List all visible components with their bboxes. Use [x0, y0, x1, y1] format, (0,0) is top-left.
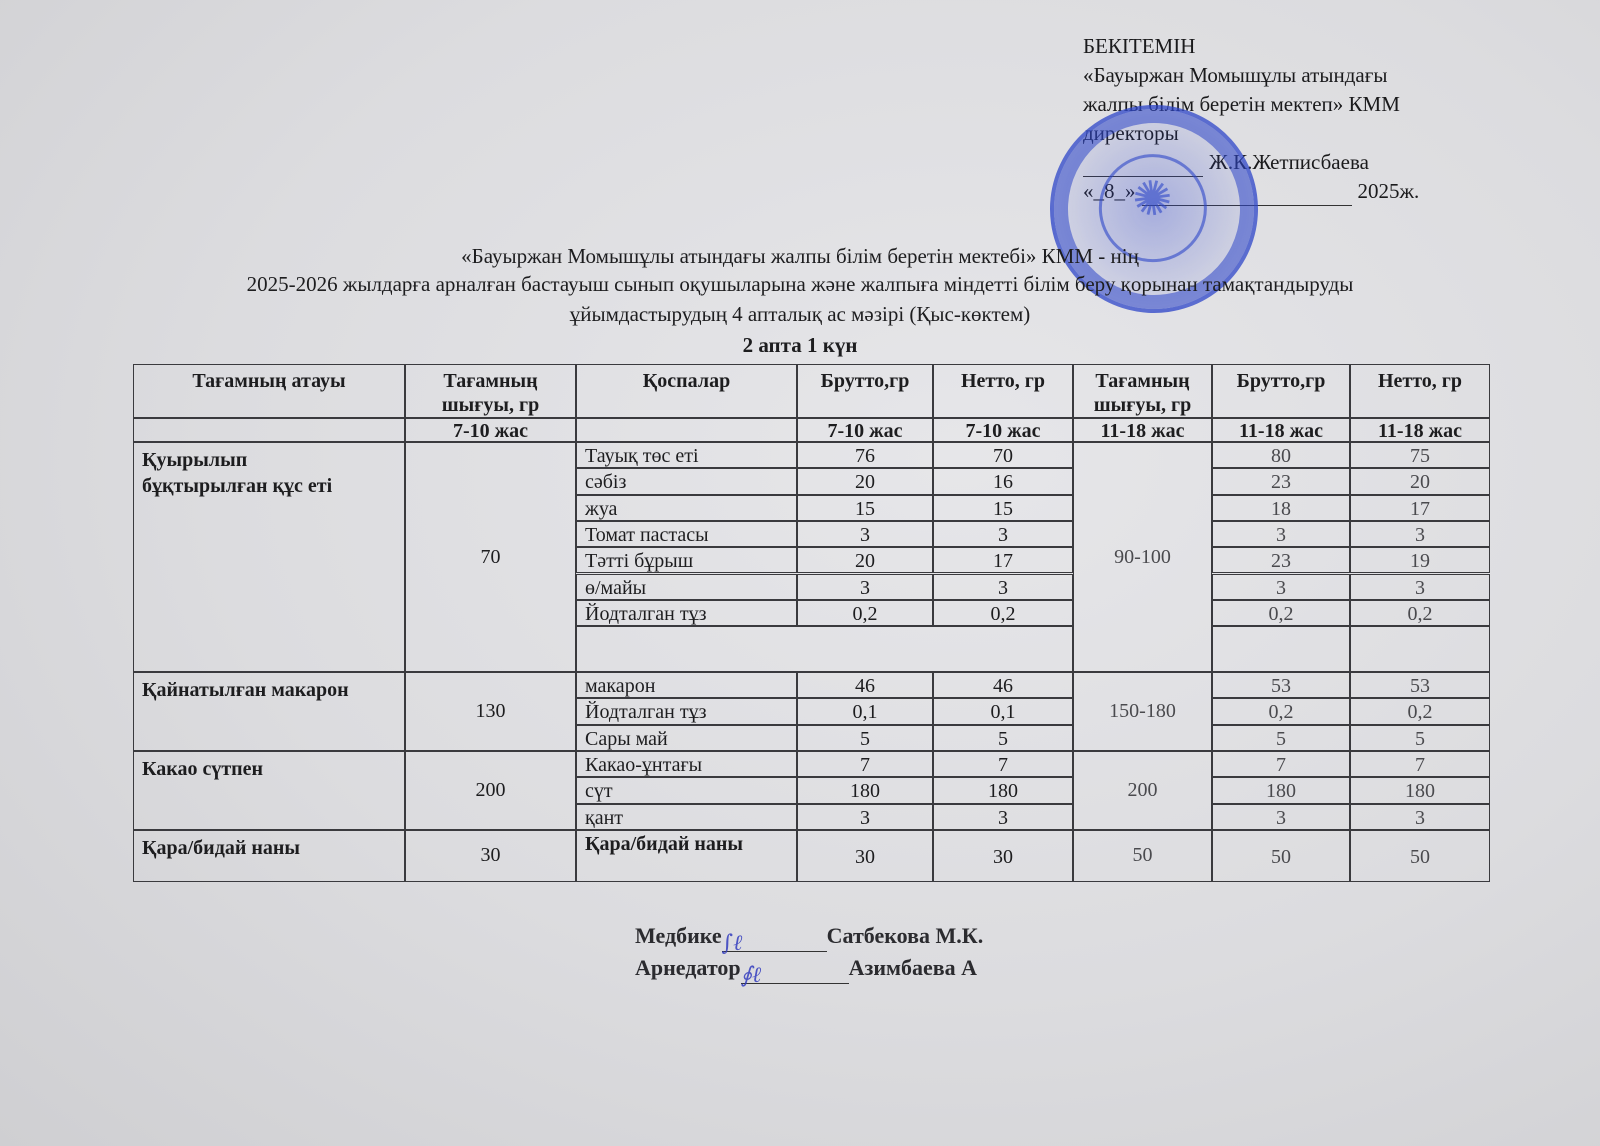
dish-name: Қуырылып бұқтырылған құс еті: [133, 442, 405, 672]
dish-yield-11-18: 90-100: [1073, 442, 1212, 672]
column-header: Нетто, гр: [1350, 364, 1490, 418]
ingredient-brutto-11-18: 7: [1212, 751, 1350, 777]
ingredient-name: сүт: [576, 777, 797, 803]
ingredient-netto-11-18: 5: [1350, 725, 1490, 751]
nurse-signature-row: Медбике∫ℓСатбекова М.К.: [635, 920, 983, 952]
ingredient-netto-7-10: 3: [933, 521, 1073, 547]
ingredient-netto-7-10: 16: [933, 468, 1073, 494]
column-header: Тағамның атауы: [133, 364, 405, 418]
dish-name: Какао сүтпен: [133, 751, 405, 830]
ingredient-name: Йодталган тұз: [576, 698, 797, 724]
age-group-header: [576, 418, 797, 442]
tenant-label: Арнедатор: [635, 955, 741, 980]
ingredient-brutto-7-10: 20: [797, 547, 933, 573]
age-group-header: 11-18 жас: [1350, 418, 1490, 442]
dish-yield-7-10: 130: [405, 672, 576, 751]
ingredient-brutto-7-10: 20: [797, 468, 933, 494]
ingredient-brutto-11-18: 3: [1212, 521, 1350, 547]
ingredient-brutto-7-10: 15: [797, 495, 933, 521]
ingredient-brutto-11-18: 3: [1212, 574, 1350, 600]
ingredient-brutto-7-10: 3: [797, 521, 933, 547]
ingredient-brutto-11-18: 53: [1212, 672, 1350, 698]
column-header: Брутто,гр: [1212, 364, 1350, 418]
column-header: Тағамның шығуы, гр: [1073, 364, 1212, 418]
ingredient-netto-11-18: 3: [1350, 574, 1490, 600]
tenant-signature-row: Арнедатор∮ℓАзимбаева А: [635, 952, 983, 984]
ingredient-netto-7-10: 15: [933, 495, 1073, 521]
dish-yield-7-10: 200: [405, 751, 576, 830]
empty-spacer-cell: [576, 626, 1073, 672]
ingredient-brutto-7-10: 0,1: [797, 698, 933, 724]
ingredient-brutto-11-18: 23: [1212, 547, 1350, 573]
ingredient-netto-7-10: 30: [933, 830, 1073, 882]
ingredient-brutto-7-10: 0,2: [797, 600, 933, 626]
ingredient-netto-11-18: 17: [1350, 495, 1490, 521]
column-header: Нетто, гр: [933, 364, 1073, 418]
ingredient-netto-11-18: 20: [1350, 468, 1490, 494]
ingredient-name: қант: [576, 804, 797, 830]
ingredient-name: ө/майы: [576, 574, 797, 600]
empty-spacer-cell: [1350, 626, 1490, 672]
ingredient-brutto-11-18: 0,2: [1212, 600, 1350, 626]
dish-yield-7-10: 30: [405, 830, 576, 882]
ingredient-name: Тәтті бұрыш: [576, 547, 797, 573]
ingredient-brutto-11-18: 18: [1212, 495, 1350, 521]
age-group-header: 7-10 жас: [933, 418, 1073, 442]
age-group-header: 7-10 жас: [405, 418, 576, 442]
dish-yield-11-18: 50: [1073, 830, 1212, 882]
ingredient-name: Йодталган тұз: [576, 600, 797, 626]
ingredient-netto-7-10: 5: [933, 725, 1073, 751]
signatures-block: Медбике∫ℓСатбекова М.К. Арнедатор∮ℓАзимб…: [635, 920, 983, 984]
age-group-header: 7-10 жас: [797, 418, 933, 442]
dish-name: Қайнатылған макарон: [133, 672, 405, 751]
ingredient-name: Сары май: [576, 725, 797, 751]
ingredient-netto-11-18: 19: [1350, 547, 1490, 573]
ingredient-brutto-11-18: 180: [1212, 777, 1350, 803]
column-header: Қоспалар: [576, 364, 797, 418]
ingredient-brutto-7-10: 76: [797, 442, 933, 468]
column-header: Тағамның шығуы, гр: [405, 364, 576, 418]
ingredient-netto-7-10: 0,2: [933, 600, 1073, 626]
ingredient-name: Қара/бидай наны: [576, 830, 797, 882]
ingredient-netto-7-10: 3: [933, 804, 1073, 830]
ingredient-name: Какао-ұнтағы: [576, 751, 797, 777]
ingredient-netto-7-10: 17: [933, 547, 1073, 573]
title-line-2: 2025-2026 жылдарға арналған бастауыш сын…: [0, 272, 1600, 297]
ingredient-netto-7-10: 3: [933, 574, 1073, 600]
dish-name: Қара/бидай наны: [133, 830, 405, 882]
nurse-signature-line: ∫ℓ: [722, 927, 827, 952]
ingredient-name: Тауық төс еті: [576, 442, 797, 468]
ingredient-netto-11-18: 0,2: [1350, 698, 1490, 724]
age-group-header: 11-18 жас: [1212, 418, 1350, 442]
ingredient-name: макарон: [576, 672, 797, 698]
ingredient-brutto-7-10: 30: [797, 830, 933, 882]
signature-scribble-icon: ∮ℓ: [741, 963, 762, 988]
title-line-1: «Бауыржан Момышұлы атындағы жалпы білім …: [0, 244, 1600, 269]
document-page: БЕКІТЕМІН «Бауыржан Момышұлы атындағы жа…: [0, 0, 1600, 1146]
ingredient-netto-11-18: 180: [1350, 777, 1490, 803]
ingredient-brutto-11-18: 3: [1212, 804, 1350, 830]
column-header: Брутто,гр: [797, 364, 933, 418]
approval-line-1: «Бауыржан Момышұлы атындағы: [1083, 61, 1419, 90]
ingredient-brutto-11-18: 80: [1212, 442, 1350, 468]
ingredient-brutto-7-10: 5: [797, 725, 933, 751]
empty-spacer-cell: [1212, 626, 1350, 672]
ingredient-brutto-7-10: 46: [797, 672, 933, 698]
approval-heading: БЕКІТЕМІН: [1083, 32, 1419, 61]
ingredient-brutto-7-10: 3: [797, 574, 933, 600]
ingredient-brutto-7-10: 7: [797, 751, 933, 777]
ingredient-brutto-11-18: 50: [1212, 830, 1350, 882]
ingredient-netto-7-10: 0,1: [933, 698, 1073, 724]
dish-yield-11-18: 150-180: [1073, 672, 1212, 751]
ingredient-netto-11-18: 75: [1350, 442, 1490, 468]
ingredient-brutto-11-18: 23: [1212, 468, 1350, 494]
ingredient-netto-7-10: 180: [933, 777, 1073, 803]
ingredient-netto-11-18: 3: [1350, 804, 1490, 830]
age-group-header: [133, 418, 405, 442]
ingredient-brutto-11-18: 5: [1212, 725, 1350, 751]
age-group-header: 11-18 жас: [1073, 418, 1212, 442]
ingredient-netto-11-18: 0,2: [1350, 600, 1490, 626]
ingredient-netto-7-10: 70: [933, 442, 1073, 468]
nurse-name: Сатбекова М.К.: [827, 923, 984, 948]
ingredient-netto-11-18: 53: [1350, 672, 1490, 698]
dish-yield-11-18: 200: [1073, 751, 1212, 830]
dish-yield-7-10: 70: [405, 442, 576, 672]
title-line-3: ұйымдастырудың 4 апталық ас мәзірі (Қыс-…: [0, 302, 1600, 327]
ingredient-netto-7-10: 7: [933, 751, 1073, 777]
ingredient-brutto-7-10: 180: [797, 777, 933, 803]
date-year: 2025ж.: [1358, 179, 1420, 203]
ingredient-name: жуа: [576, 495, 797, 521]
ingredient-brutto-7-10: 3: [797, 804, 933, 830]
ingredient-netto-11-18: 7: [1350, 751, 1490, 777]
ingredient-name: Томат пастасы: [576, 521, 797, 547]
nurse-label: Медбике: [635, 923, 722, 948]
tenant-name: Азимбаева А: [849, 955, 977, 980]
tenant-signature-line: ∮ℓ: [741, 959, 849, 984]
week-day-label: 2 апта 1 күн: [0, 333, 1600, 358]
ingredient-netto-7-10: 46: [933, 672, 1073, 698]
ingredient-name: сәбіз: [576, 468, 797, 494]
ingredient-netto-11-18: 3: [1350, 521, 1490, 547]
ingredient-brutto-11-18: 0,2: [1212, 698, 1350, 724]
ingredient-netto-11-18: 50: [1350, 830, 1490, 882]
